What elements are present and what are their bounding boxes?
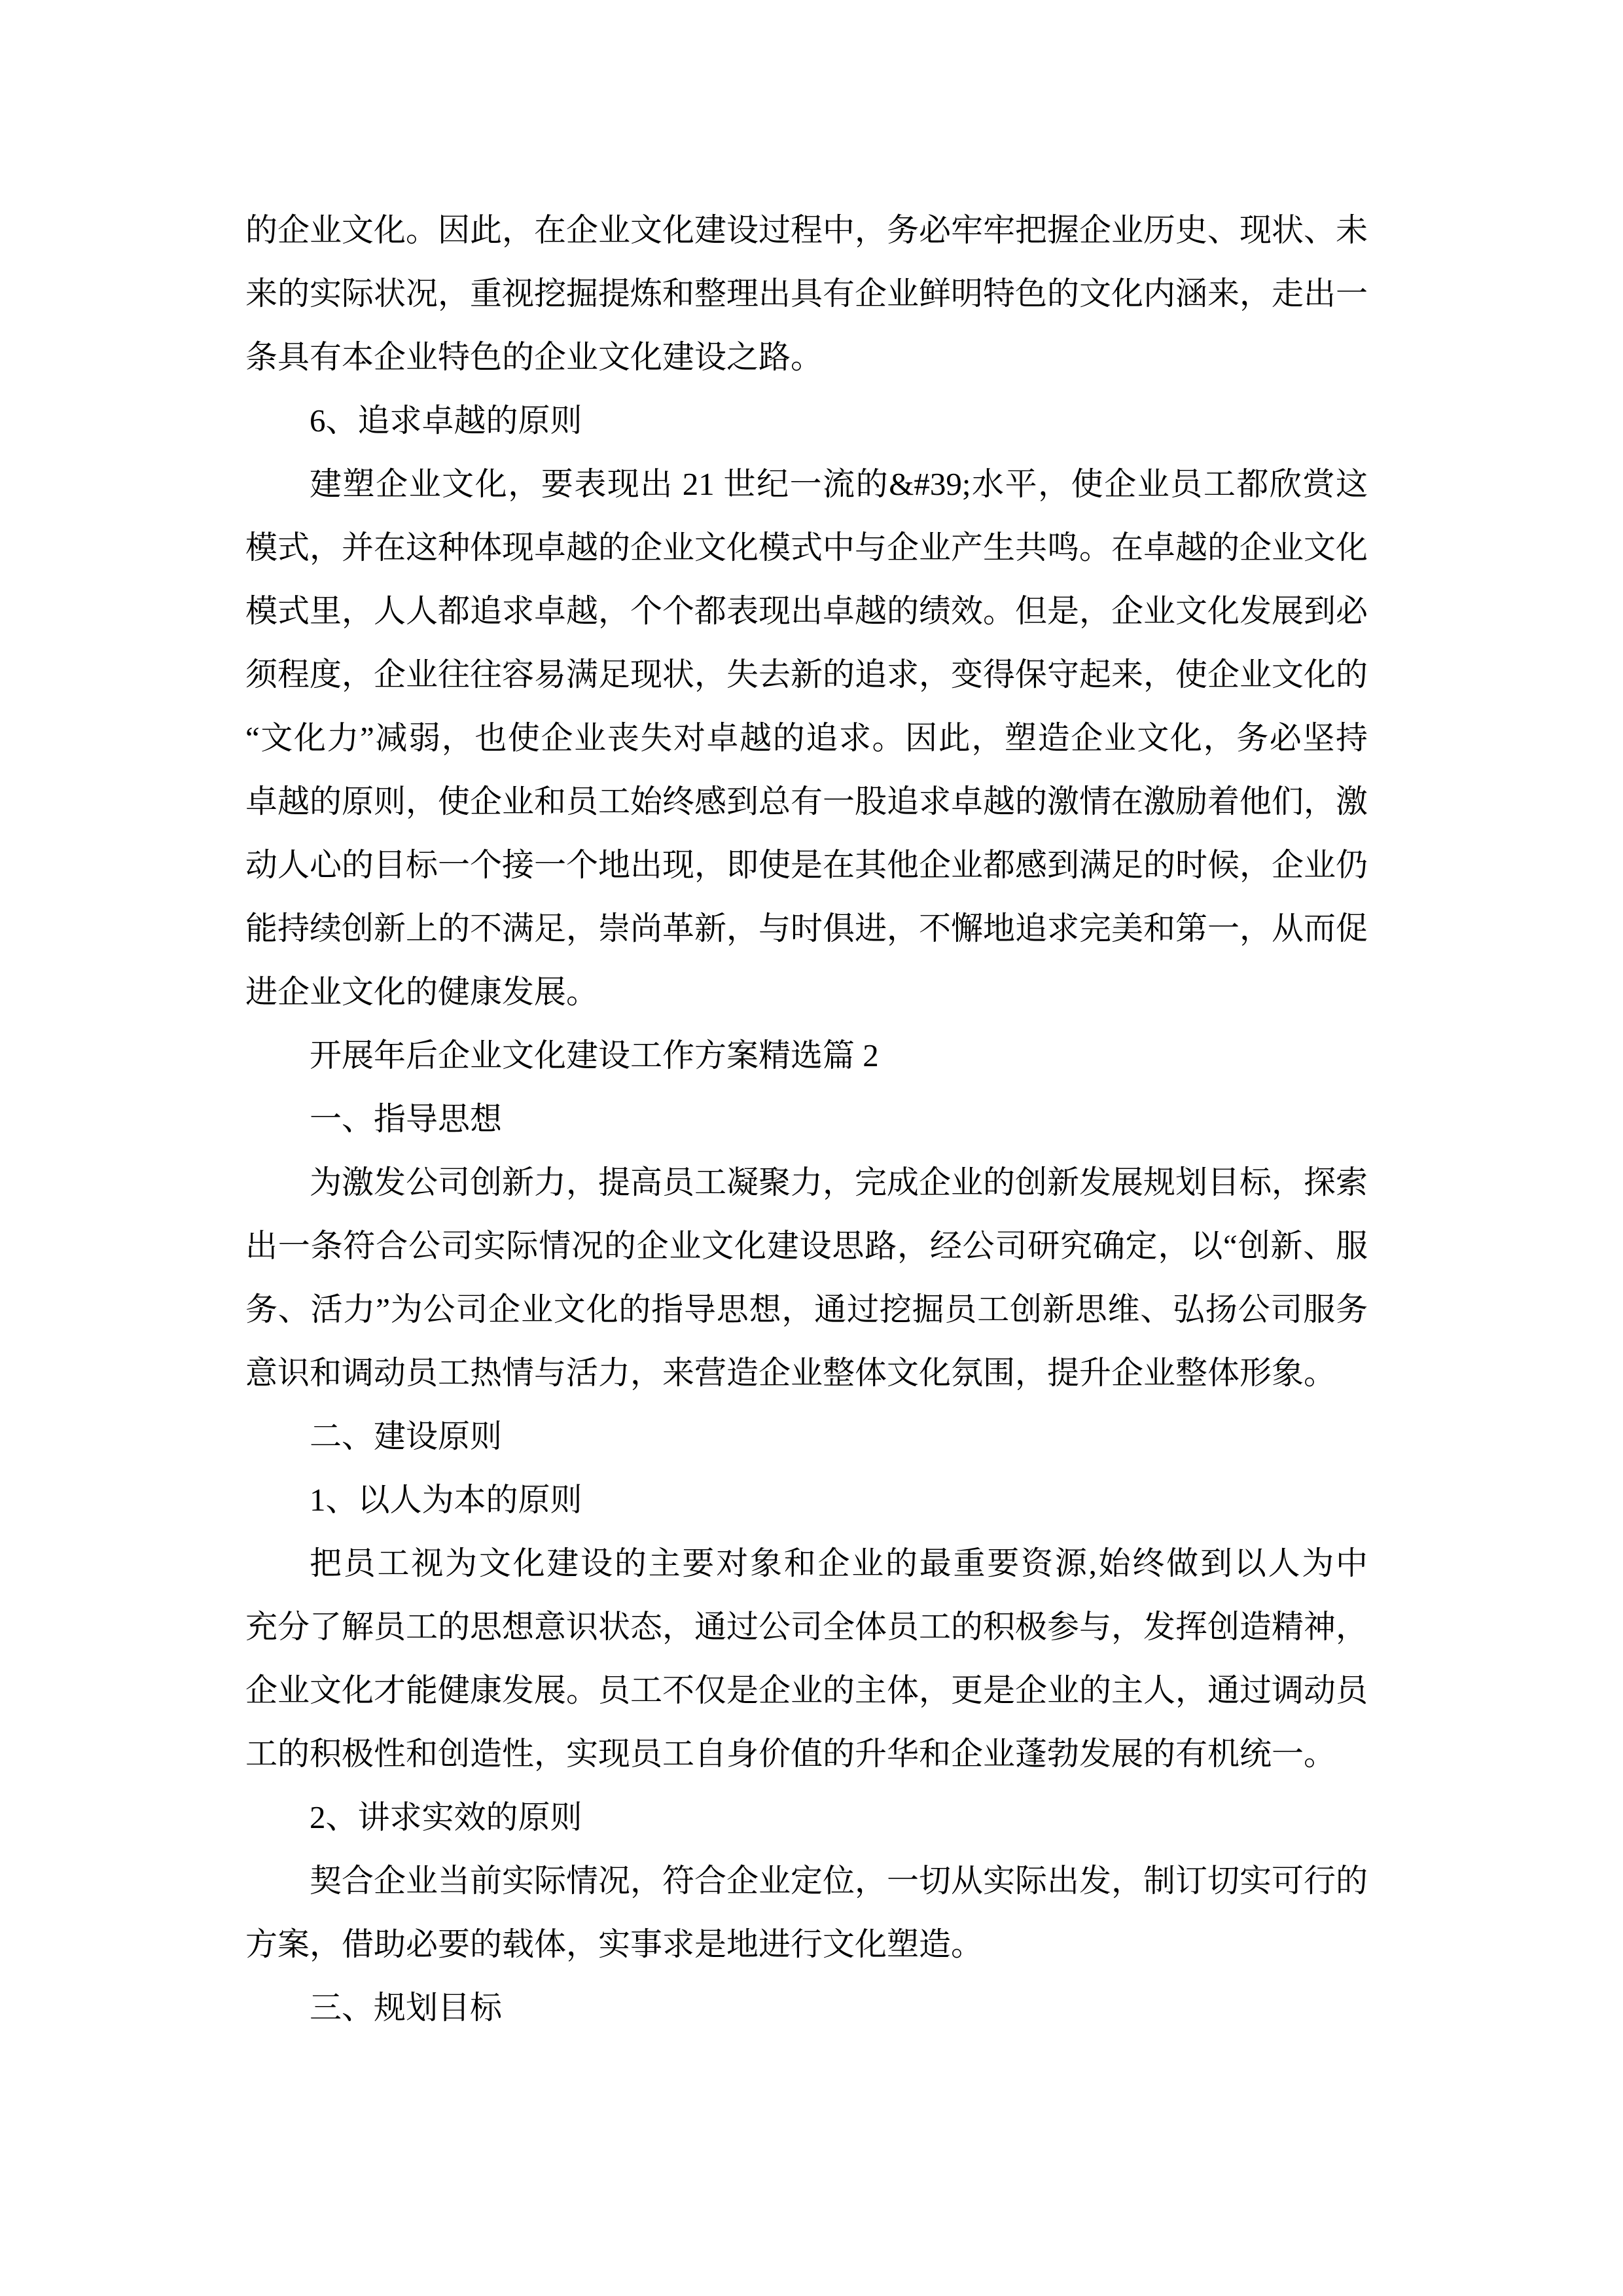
text-line: 工的积极性和创造性，实现员工自身价值的升华和企业蓬勃发展的有机统一。 (245, 1722, 1368, 1785)
text-line-heading: 1、以人为本的原则 (245, 1468, 1368, 1532)
document-page: 的企业文化。因此，在企业文化建设过程中，务必牢牢把握企业历史、现状、未 来的实际… (0, 0, 1623, 2296)
text-line-heading: 6、追求卓越的原则 (245, 389, 1368, 452)
text-line: 条具有本企业特色的企业文化建设之路。 (245, 325, 1368, 389)
document-text-block: 的企业文化。因此，在企业文化建设过程中，务必牢牢把握企业历史、现状、未 来的实际… (245, 198, 1368, 2039)
text-line: 把员工视为文化建设的主要对象和企业的最重要资源,始终做到以人为中心， (245, 1532, 1368, 1595)
text-line: 出一条符合公司实际情况的企业文化建设思路，经公司研究确定，以“创新、服 (245, 1214, 1368, 1278)
text-line: 模式，并在这种体现卓越的企业文化模式中与企业产生共鸣。在卓越的企业文化 (245, 516, 1368, 579)
text-line: “文化力”减弱，也使企业丧失对卓越的追求。因此，塑造企业文化，务必坚持 (245, 706, 1368, 770)
text-line: 务、活力”为公司企业文化的指导思想，通过挖掘员工创新思维、弘扬公司服务 (245, 1278, 1368, 1341)
text-line: 企业文化才能健康发展。员工不仅是企业的主体，更是企业的主人，通过调动员 (245, 1659, 1368, 1722)
text-line-heading: 二、建设原则 (245, 1405, 1368, 1468)
text-line: 契合企业当前实际情况，符合企业定位，一切从实际出发，制订切实可行的 (245, 1849, 1368, 1912)
text-line: 充分了解员工的思想意识状态，通过公司全体员工的积极参与，发挥创造精神， (245, 1595, 1368, 1659)
text-line: 进企业文化的健康发展。 (245, 960, 1368, 1024)
text-line: 能持续创新上的不满足，崇尚革新，与时俱进，不懈地追求完美和第一，从而促 (245, 897, 1368, 960)
text-line: 模式里，人人都追求卓越，个个都表现出卓越的绩效。但是，企业文化发展到必 (245, 579, 1368, 643)
text-line: 来的实际状况，重视挖掘提炼和整理出具有企业鲜明特色的文化内涵来，走出一 (245, 262, 1368, 325)
text-line-heading: 一、指导思想 (245, 1087, 1368, 1151)
text-line-heading: 开展年后企业文化建设工作方案精选篇 2 (245, 1024, 1368, 1087)
text-line: 建塑企业文化，要表现出 21 世纪一流的&#39;水平，使企业员工都欣赏这一 (245, 452, 1368, 516)
text-line-heading: 三、规划目标 (245, 1976, 1368, 2039)
text-line: 意识和调动员工热情与活力，来营造企业整体文化氛围，提升企业整体形象。 (245, 1341, 1368, 1405)
text-line: 为激发公司创新力，提高员工凝聚力，完成企业的创新发展规划目标，探索 (245, 1151, 1368, 1214)
text-line: 动人心的目标一个接一个地出现，即使是在其他企业都感到满足的时候，企业仍 (245, 833, 1368, 897)
text-line: 方案，借助必要的载体，实事求是地进行文化塑造。 (245, 1912, 1368, 1976)
text-line-heading: 2、讲求实效的原则 (245, 1785, 1368, 1849)
text-line: 须程度，企业往往容易满足现状，失去新的追求，变得保守起来，使企业文化的 (245, 643, 1368, 706)
text-line: 的企业文化。因此，在企业文化建设过程中，务必牢牢把握企业历史、现状、未 (245, 198, 1368, 262)
text-line: 卓越的原则，使企业和员工始终感到总有一股追求卓越的激情在激励着他们，激 (245, 770, 1368, 833)
